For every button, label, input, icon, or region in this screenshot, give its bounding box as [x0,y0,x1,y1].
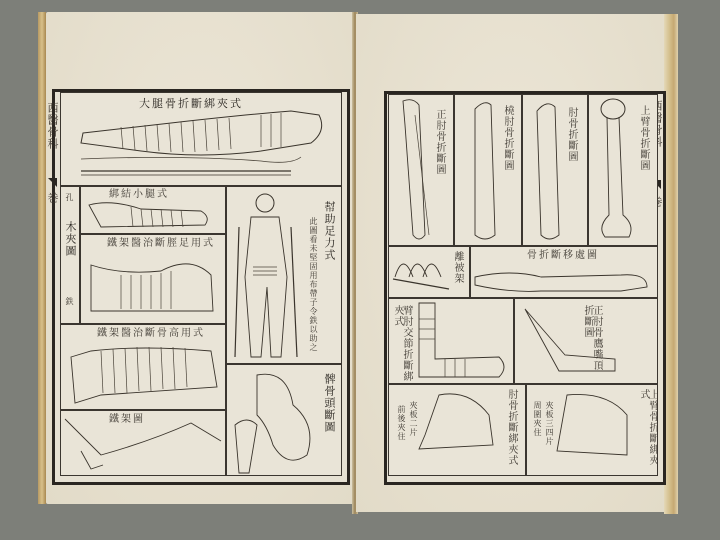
panel-radius: 橈肘骨折斷圖 [454,94,522,246]
left-fishtail-mark [48,178,57,187]
iron-high-title: 鐵架醫治斷骨高用式 [97,329,205,338]
iron-frame-title: 鐵架圖 [109,415,145,424]
crutch-figure-title: 幇助足力式 [323,201,335,261]
panel-ulna: 正肘骨折斷圖 [388,94,454,246]
panel-thigh-splint: 大腿骨折斷綁夾式 [60,92,342,186]
iron-frame-leg-title: 鐵架醫治斷脛足用式 [107,239,215,248]
thigh-splint-title: 大腿骨折斷綁夾式 [139,95,243,111]
humerus-title: 上臂骨折斷圖 [639,105,648,171]
panel-forearm: 肘骨折斷圖 [522,94,588,246]
panel-iron-high: 鐵架醫治斷骨高用式 [60,324,226,410]
wooden-splint-title: 木夾圖 [64,221,76,257]
forearm-title: 肘骨折斷圖 [567,107,576,162]
book-edge-right [664,14,678,514]
left-margin-volume: 巻 [44,192,60,204]
wooden-splint-label-hole: 孔 [65,193,74,202]
cradle-title: 離被架 [453,251,462,284]
forearm-sling-note-1: 夾板二片 [409,401,418,437]
panel-forearm-sling: 肘骨折斷綁夾式 夾板二片 前後夾住 [388,384,526,476]
upper-arm-sling-note-2: 周圍夾住 [533,401,542,437]
arm-bandage-title: 臂肘交節折斷綁夾式 [393,305,411,383]
panel-wooden-splint: 孔 木夾圖 鉄 [60,186,80,324]
forearm-sling-title: 肘骨折斷綁夾式 [507,389,516,466]
panel-lower-leg: 綁結小腿式 [80,186,226,234]
olecranon-title: 正肘骨鷹嘴頂折斷圖 [583,305,601,375]
panel-iron-frame-leg: 鐵架醫治斷脛足用式 [80,234,226,324]
crutch-figure-note: 此圖看未堅固用布帶子令鉄以助之 [309,217,318,357]
wooden-splint-label-iron: 鉄 [65,297,74,306]
panel-olecranon: 正肘骨鷹嘴頂折斷圖 [514,298,658,384]
panel-hip: 髀骨頭斷圖 [226,364,342,476]
panel-crutch-figure: 幇助足力式 此圖看未堅固用布帶子令鉄以助之 [226,186,342,364]
upper-arm-sling-note-1: 夾板三四片 [545,401,554,446]
ulna-title: 正肘骨折斷圖 [435,109,444,175]
panel-iron-frame: 鐵架圖 [60,410,226,476]
panel-cradle: 離被架 [388,246,470,298]
panel-arm-bandage: 臂肘交節折斷綁夾式 [388,298,514,384]
panel-humerus: 上臂骨折斷圖 [588,94,658,246]
upper-arm-sling-title: 上臂骨折斷綁夾式 [639,389,657,475]
hip-title: 髀骨頭斷圖 [323,373,335,433]
panel-upper-arm-sling: 上臂骨折斷綁夾式 夾板三四片 周圍夾住 [526,384,658,476]
forearm-illustration [523,95,587,245]
panel-wrist: 骨折斷移處圖 [470,246,658,298]
wrist-title: 骨折斷移處圖 [527,251,599,260]
book-edge-left [38,12,46,504]
forearm-sling-note-2: 前後夾住 [397,405,406,441]
lower-leg-title: 綁結小腿式 [109,190,169,199]
radius-title: 橈肘骨折斷圖 [503,105,512,171]
left-margin-title: 西醫骨科 [44,102,60,150]
